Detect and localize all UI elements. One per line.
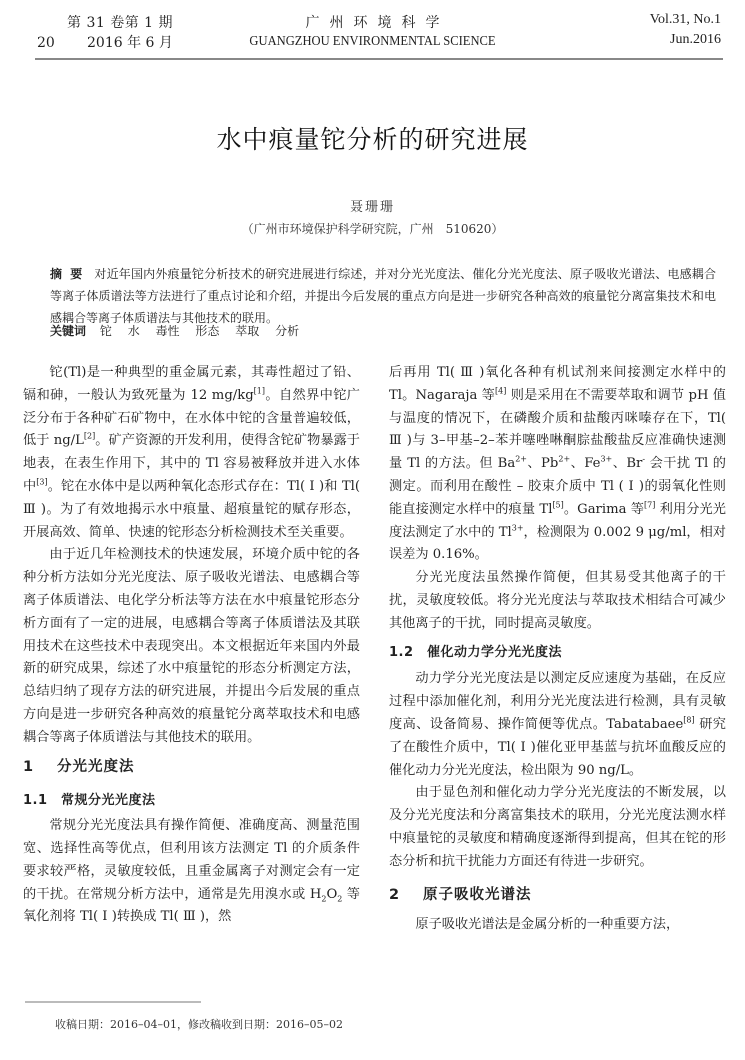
paragraph-1-1-summary: 分光光度法虽然操作简便，但其易受其他离子的干扰，灵敏度较低。将分光光度法与萃取技…	[389, 567, 726, 635]
section-heading-1: 1分光光度法	[23, 756, 360, 779]
citation: [8]	[683, 716, 694, 725]
received-date-footnote: 收稿日期：2016–04–01，修改稿收到日期：2016–05–02	[55, 1016, 343, 1032]
section-heading-1-1: 1.1常规分光光度法	[23, 790, 360, 813]
author-affiliation: （广州市环境保护科学研究院，广州 510620）	[0, 220, 745, 237]
section-heading-2: 2原子吸收光谱法	[389, 884, 726, 907]
keyword: 毒性	[156, 324, 180, 338]
citation: [3]	[36, 478, 47, 487]
keyword: 铊	[100, 324, 112, 338]
paragraph-1-2-summary: 由于显色剂和催化动力学分光光度法的不断发展，以及分光光度法和分离富集技术的联用，…	[389, 782, 726, 873]
paragraph-intro-2: 由于近几年检测技术的快速发展，环境介质中铊的各种分析方法如分光光度法、原子吸收光…	[23, 544, 360, 749]
article-author: 聂珊珊	[0, 196, 745, 215]
citation: [1]	[254, 386, 265, 395]
left-column: 铊(Tl)是一种典型的重金属元素，其毒性超过了铅、镉和砷，一般认为致死量为 12…	[23, 362, 360, 929]
abstract-label: 摘要	[50, 267, 90, 281]
header-divider	[35, 58, 723, 60]
citation: [4]	[495, 386, 506, 395]
paragraph-1-1-cont: 后再用 Tl( Ⅲ )氧化各种有机试剂来间接测定水样中的 Tl。Nagaraja…	[389, 362, 726, 567]
journal-name-cn: 广州环境科学	[0, 12, 745, 32]
keywords: 关键词 铊 水 毒性 形态 萃取 分析	[50, 320, 311, 342]
paragraph-intro-1: 铊(Tl)是一种典型的重金属元素，其毒性超过了铅、镉和砷，一般认为致死量为 12…	[23, 362, 360, 544]
section-heading-1-2: 1.2催化动力学分光光度法	[389, 642, 726, 665]
footnote-divider	[25, 1001, 201, 1003]
header-volume-en: Vol.31, No.1	[650, 12, 721, 28]
abstract-text: 对近年国内外痕量铊分析技术的研究进展进行综述，并对分光光度法、催化分光光度法、原…	[50, 267, 716, 325]
right-column: 后再用 Tl( Ⅲ )氧化各种有机试剂来间接测定水样中的 Tl。Nagaraja…	[389, 362, 726, 937]
keyword: 水	[128, 324, 140, 338]
keywords-label: 关键词	[50, 324, 86, 338]
header-date-en: Jun.2016	[670, 32, 721, 48]
citation: [2]	[84, 432, 95, 441]
paragraph-1-1: 常规分光光度法具有操作简便、准确度高、测量范围宽、选择性高等优点，但利用该方法测…	[23, 815, 360, 929]
citation: [7]	[644, 500, 655, 509]
paragraph-2: 原子吸收光谱法是金属分析的一种重要方法，	[389, 914, 726, 937]
keyword: 分析	[275, 324, 299, 338]
article-title: 水中痕量铊分析的研究进展	[0, 120, 745, 156]
paragraph-1-2: 动力学分光光度法是以测定反应速度为基础，在反应过程中添加催化剂，利用分光光度法进…	[389, 668, 726, 782]
journal-name-en: GUANGZHOU ENVIRONMENTAL SCIENCE	[26, 33, 719, 49]
citation: [5]	[552, 500, 563, 509]
keyword: 形态	[195, 324, 219, 338]
keyword: 萃取	[235, 324, 259, 338]
